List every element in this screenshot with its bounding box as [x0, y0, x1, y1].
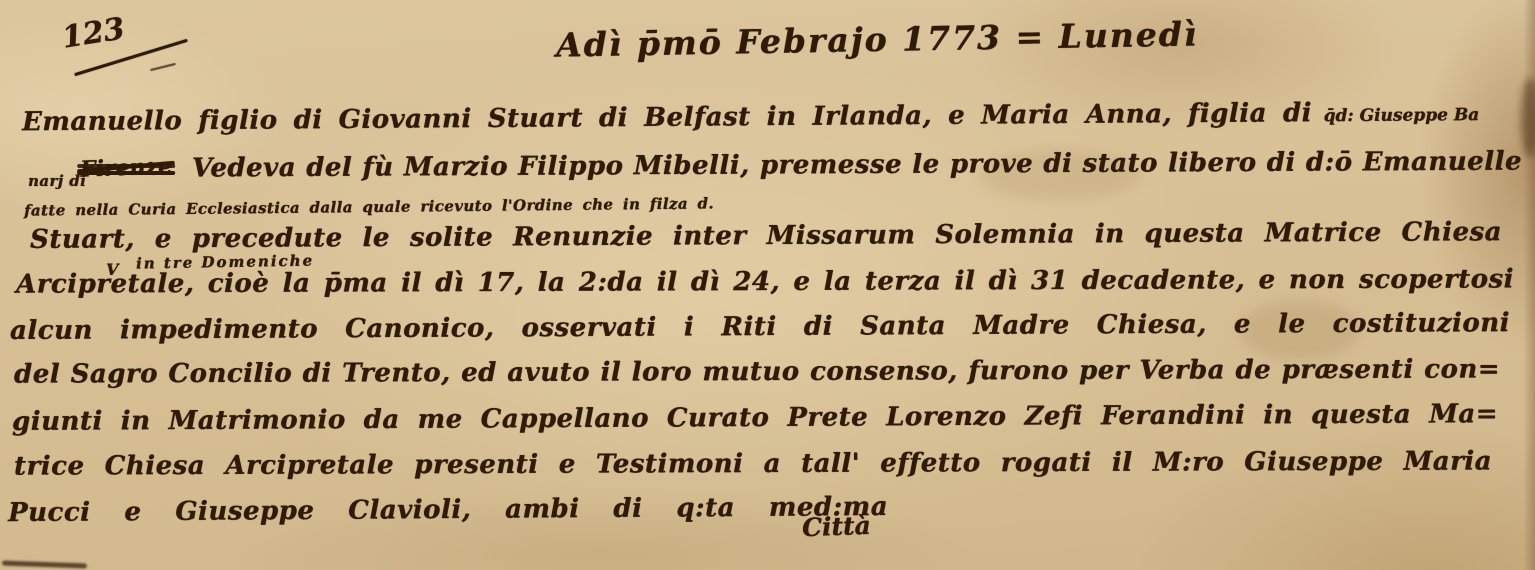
interlinear-curia-note: fatte nella Curia Ecclesiastica dalla qu… [24, 194, 714, 219]
record-line-6: del Sagro Concilio di Trento, ed avuto i… [14, 354, 1500, 389]
record-line-9: Pucci e Giuseppe Clavioli, ambi di q:ta … [8, 492, 888, 528]
citta-word: Città [802, 511, 872, 542]
line1-main-text: Emanuello figlio di Giovanni Stuart di B… [22, 98, 1312, 137]
flourish-dash [150, 63, 176, 71]
struck-word-text: Firenze [80, 153, 173, 182]
record-line-1: Emanuello figlio di Giovanni Stuart di B… [22, 97, 1522, 137]
bottom-left-edge-mark [2, 561, 87, 569]
record-line-8: trice Chiesa Arcipretale presenti e Test… [14, 446, 1492, 481]
manuscript-page: 123 Adì p̄mō Febrajo 1773 = Lunedì Emanu… [0, 0, 1535, 570]
record-line-5: alcun impedimento Canonico, osservati i … [10, 308, 1510, 346]
right-edge-shading [1523, 0, 1535, 570]
right-edge-ink-spot [1521, 78, 1535, 158]
record-line-3: Stuart, e precedute le solite Renunzie i… [30, 217, 1502, 255]
line1-small-tail: q̄d: Giuseppe Ba [1324, 105, 1480, 126]
record-line-4: Arcipretale, cioè la p̄ma il dì 17, la 2… [16, 264, 1514, 299]
record-line-7: giunti in Matrimonio da me Cappellano Cu… [12, 399, 1498, 437]
record-line-2: Vedeva del fù Marzio Filippo Mibelli, pr… [192, 147, 1522, 184]
struck-out-word: Firenze [80, 153, 173, 182]
date-heading: Adì p̄mō Febrajo 1773 = Lunedì [556, 14, 1199, 64]
entry-number: 123 [60, 11, 127, 55]
